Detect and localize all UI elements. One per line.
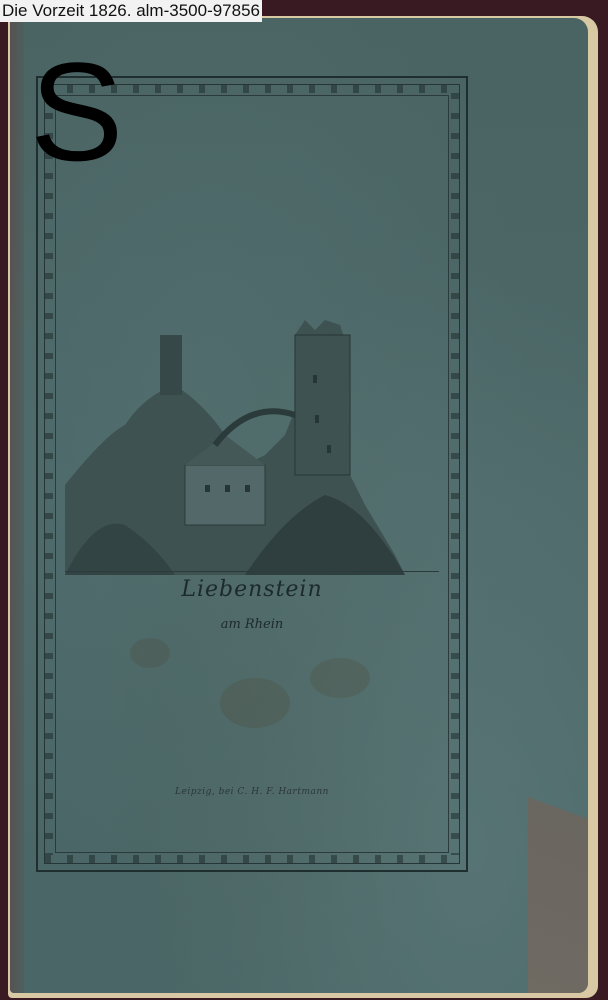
watermark-letter: S xyxy=(30,42,123,182)
image-caption: Die Vorzeit 1826. alm-3500-97856 xyxy=(0,0,262,22)
publisher-imprint: Leipzig, bei C. H. F. Hartmann xyxy=(45,787,459,797)
corner-wear xyxy=(528,733,588,993)
frame-side-left xyxy=(45,93,53,855)
castle-ruin-engraving-icon xyxy=(65,315,405,575)
cover-subtitle: am Rhein xyxy=(45,617,459,632)
frame-side-right xyxy=(451,93,459,855)
spine-wear xyxy=(10,18,24,993)
title-divider xyxy=(65,571,439,572)
ornamental-frame: Liebenstein am Rhein Leipzig, bei C. H. … xyxy=(36,76,468,872)
frame-border-pattern: Liebenstein am Rhein Leipzig, bei C. H. … xyxy=(44,84,460,864)
cover-title: Liebenstein xyxy=(45,577,459,602)
